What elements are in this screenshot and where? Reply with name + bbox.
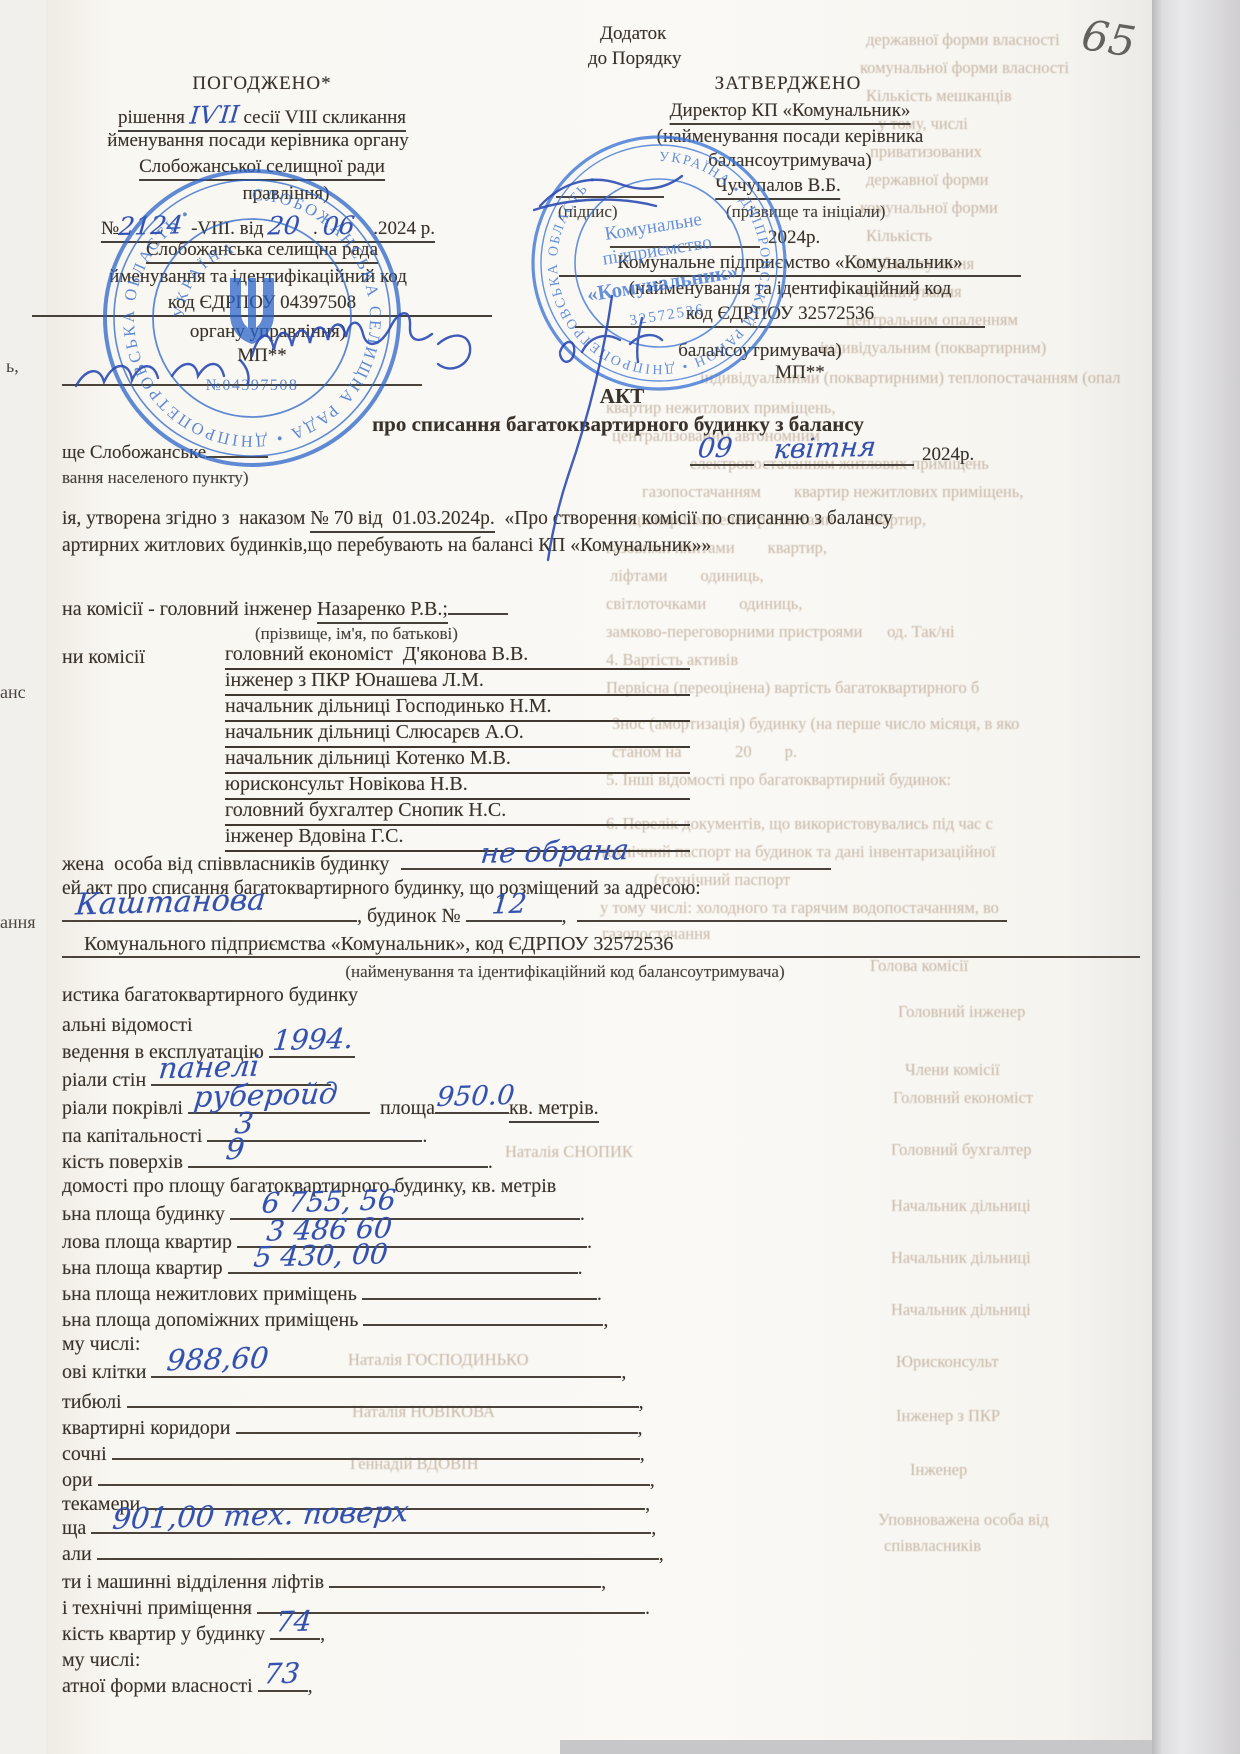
area-row: ові клітки 988,60, <box>62 1361 626 1384</box>
ghost-line: індивідуальним (поквартирним) <box>820 338 1046 358</box>
area-row: ща 901,00 тех. поверх, <box>62 1517 656 1540</box>
date-rule-right <box>610 246 760 248</box>
ghost-line: Начальник дільниці <box>891 1196 1031 1216</box>
area-value-handwriting: 988,60 <box>166 1341 271 1378</box>
area-row: тибюлі , <box>62 1391 644 1414</box>
ghost-line: Головний інженер <box>898 1002 1025 1022</box>
ghost-line: Головний бухгалтер <box>891 1140 1032 1160</box>
page-number-pencil: 65 <box>1078 10 1138 67</box>
area-row: ьна площа квартир 5 430, 00. <box>62 1257 583 1280</box>
day-blank: 09 <box>690 462 754 466</box>
edrpou-council: код ЄДРПОУ 04397508 <box>32 292 492 317</box>
name-initials-caption: (прізвище та ініціали) <box>726 202 885 222</box>
session-line: рішення ІѴІІ сесії VIII скликання <box>118 101 406 132</box>
ghost-line: Голова комісії <box>870 956 968 976</box>
balance-holder-line: Комунального підприємства «Комунальник»,… <box>62 933 1140 958</box>
ghost-line: світлоточками одиниць, <box>606 594 802 614</box>
director-caption-1: (найменування посади керівника <box>657 126 924 148</box>
ghost-line: Юрисконсульт <box>896 1352 999 1372</box>
org-head-caption: йменування посади керівника органу <box>107 130 408 152</box>
ghost-line: Уповноважена особа від <box>878 1510 1049 1530</box>
member-row: інженер з ПКР Юнашева Л.М. <box>225 669 690 696</box>
approved-right-title: ЗАТВЕРДЖЕНО <box>715 73 862 95</box>
mp-left: МП** <box>237 345 287 367</box>
page-edge-fragment: ь, <box>6 356 19 377</box>
area-row: і технічні приміщення . <box>62 1597 650 1620</box>
member-row: головний бухгалтер Снопик Н.С. <box>225 799 690 826</box>
street-handwriting: Каштанова <box>74 883 267 923</box>
head-name: Назаренко Р.В.; <box>317 598 448 624</box>
settlement-line: ще Слобожанське <box>62 442 268 464</box>
ghost-line: ліфтами одиниць, <box>610 566 764 586</box>
ghost-line: державної форми <box>866 170 989 190</box>
apartments-count-line: кість квартир у будинку 74, <box>62 1623 325 1646</box>
ghost-line: газопостачанням квартир нежитлових примі… <box>642 482 1023 502</box>
decision-day-handwriting: 20 <box>267 210 310 240</box>
address-line: Каштанова, будинок № 12, <box>62 905 1007 928</box>
ghost-line: співвласників <box>884 1536 981 1556</box>
balance-holder-caption: (найменування та ідентифікаційний код ба… <box>345 962 784 982</box>
ghost-line: Кількість <box>866 226 932 246</box>
year-right: 2024р. <box>768 227 820 249</box>
roof-area-handwriting: 950.0 <box>435 1080 516 1113</box>
private-count-handwriting: 73 <box>262 1657 301 1691</box>
id-code-caption: йменування та ідентифікаційний код <box>109 266 407 288</box>
commissioning-year-handwriting: 1994. <box>271 1022 355 1057</box>
month-blank: квітня <box>764 462 914 466</box>
enterprise-name: Комунальне підприємство «Комунальник» <box>559 252 1021 277</box>
private-ownership-line: атної форми власності 73, <box>62 1675 313 1698</box>
owner-rep-handwriting: не обрана <box>480 833 631 870</box>
page-edge-fragment: анс <box>0 682 26 703</box>
mp-right: МП** <box>775 362 825 384</box>
page-edge-fragment: ання <box>0 912 36 933</box>
area-row: али , <box>62 1543 664 1566</box>
act-year: 2024р. <box>922 444 974 466</box>
apartments-count-handwriting: 74 <box>274 1605 313 1639</box>
annex-label: Додаток <box>600 23 666 45</box>
owner-rep-line: жена особа від співвласників будинкуне о… <box>62 853 831 876</box>
order-paragraph-2: артирних житлових будинків,що перебувают… <box>62 535 711 557</box>
order-paragraph-1: ія, утворена згідно з наказом № 70 від 0… <box>62 508 893 533</box>
ghost-line: Члени комісії <box>905 1060 1000 1080</box>
act-day-handwriting: 09 <box>696 433 733 465</box>
ghost-line: Інженер <box>910 1460 967 1480</box>
scanned-document-page: { "page_number": "65", "approve_left": {… <box>0 0 1240 1754</box>
session-number-handwriting: ІѴІІ <box>188 100 240 129</box>
commission-head-line: на комісії - головний інженер Назаренко … <box>62 598 508 624</box>
roof-line: ріали покрівлі руберойд площа950.0кв. ме… <box>62 1097 599 1123</box>
scan-right-edge <box>1152 0 1240 1754</box>
ghost-line: комунальної форми власності <box>860 58 1069 78</box>
scan-bottom-edge <box>560 1740 1152 1754</box>
ghost-line: Інженер з ПКР <box>896 1406 1000 1426</box>
members-label: ни комісії <box>62 646 145 669</box>
enterprise-caption-2: балансоутримувача) <box>678 340 842 362</box>
enterprise-caption-1: (найменування та ідентифікаційний код <box>629 278 952 300</box>
floors-line: кість поверхів 9. <box>62 1151 493 1174</box>
settlement-caption: вання населеного пункту) <box>62 468 249 488</box>
section-general-info: альні відомості <box>62 1014 193 1037</box>
act-month-handwriting: квітня <box>772 432 877 466</box>
signature-rule-left <box>62 384 422 386</box>
decision-month-handwriting: 06 <box>321 210 370 240</box>
area-row: ьна площа нежитлових приміщень . <box>62 1283 602 1306</box>
pib-caption: (прізвище, ім'я, по батькові) <box>255 624 458 644</box>
annex-to-label: до Порядку <box>588 48 682 70</box>
management-caption: правління) <box>243 183 330 205</box>
signature-rule-director <box>556 196 664 198</box>
member-row: головний економіст Д'яконова В.В. <box>225 643 690 670</box>
director-name: Чучупалов В.Б. <box>715 175 840 200</box>
roof-material-handwriting: руберойд <box>192 1076 339 1114</box>
area-row: сочні , <box>62 1443 645 1466</box>
area-row: ори , <box>62 1469 655 1492</box>
approved-left-title: ПОГОДЖЕНО* <box>192 73 331 95</box>
section-characteristics: истика багатоквартирного будинку <box>62 984 358 1007</box>
management-org-caption: органу управління) <box>190 321 346 343</box>
member-row: начальник дільниці Котенко М.В. <box>225 747 690 774</box>
ghost-line: Начальник дільниці <box>891 1248 1031 1268</box>
house-number-handwriting: 12 <box>490 889 527 921</box>
member-row: начальник дільниці Господинько Н.М. <box>225 695 690 722</box>
ghost-line: індивідуальними (поквартирними) теплопос… <box>700 368 1121 388</box>
area-row: ти і машинні відділення ліфтів , <box>62 1571 606 1594</box>
director-caption-2: балансоутримувача) <box>708 150 872 172</box>
floors-handwriting: 9 <box>224 1132 246 1166</box>
ghost-line: Головний економіст <box>893 1088 1033 1108</box>
including-label-1: му числі: <box>62 1333 140 1356</box>
ghost-line: Наталія СНОПИК <box>505 1142 633 1162</box>
decision-number-handwriting: 2124 <box>118 210 193 241</box>
signature-caption: (підпис) <box>558 202 618 222</box>
including-label-2: му числі: <box>62 1649 140 1672</box>
council-name-2: Слобожанська селищна рада <box>146 239 378 264</box>
director-line: Директор КП «Комунальник» <box>670 100 911 125</box>
ghost-line: державної форми власності <box>866 30 1060 50</box>
member-row: начальник дільниці Слюсарєв А.О. <box>225 721 690 748</box>
member-row: юрисконсульт Новікова Н.В. <box>225 773 690 800</box>
council-name: Слобожанської селищної ради <box>139 156 385 181</box>
area-row: квартирні коридори , <box>62 1417 643 1440</box>
ghost-line: замково-переговорними пристроями од. Так… <box>606 622 955 642</box>
act-title: АКТ <box>600 384 644 409</box>
area-value-handwriting: 5 430, 00 <box>252 1237 389 1273</box>
ghost-line: Начальник дільниці <box>891 1300 1031 1320</box>
area-value-handwriting: 901,00 тех. поверх <box>111 1494 410 1536</box>
edrpou-enterprise: код ЄДРПОУ 32572536 <box>575 303 985 328</box>
area-row: ьна площа допоміжних приміщень , <box>62 1309 608 1332</box>
